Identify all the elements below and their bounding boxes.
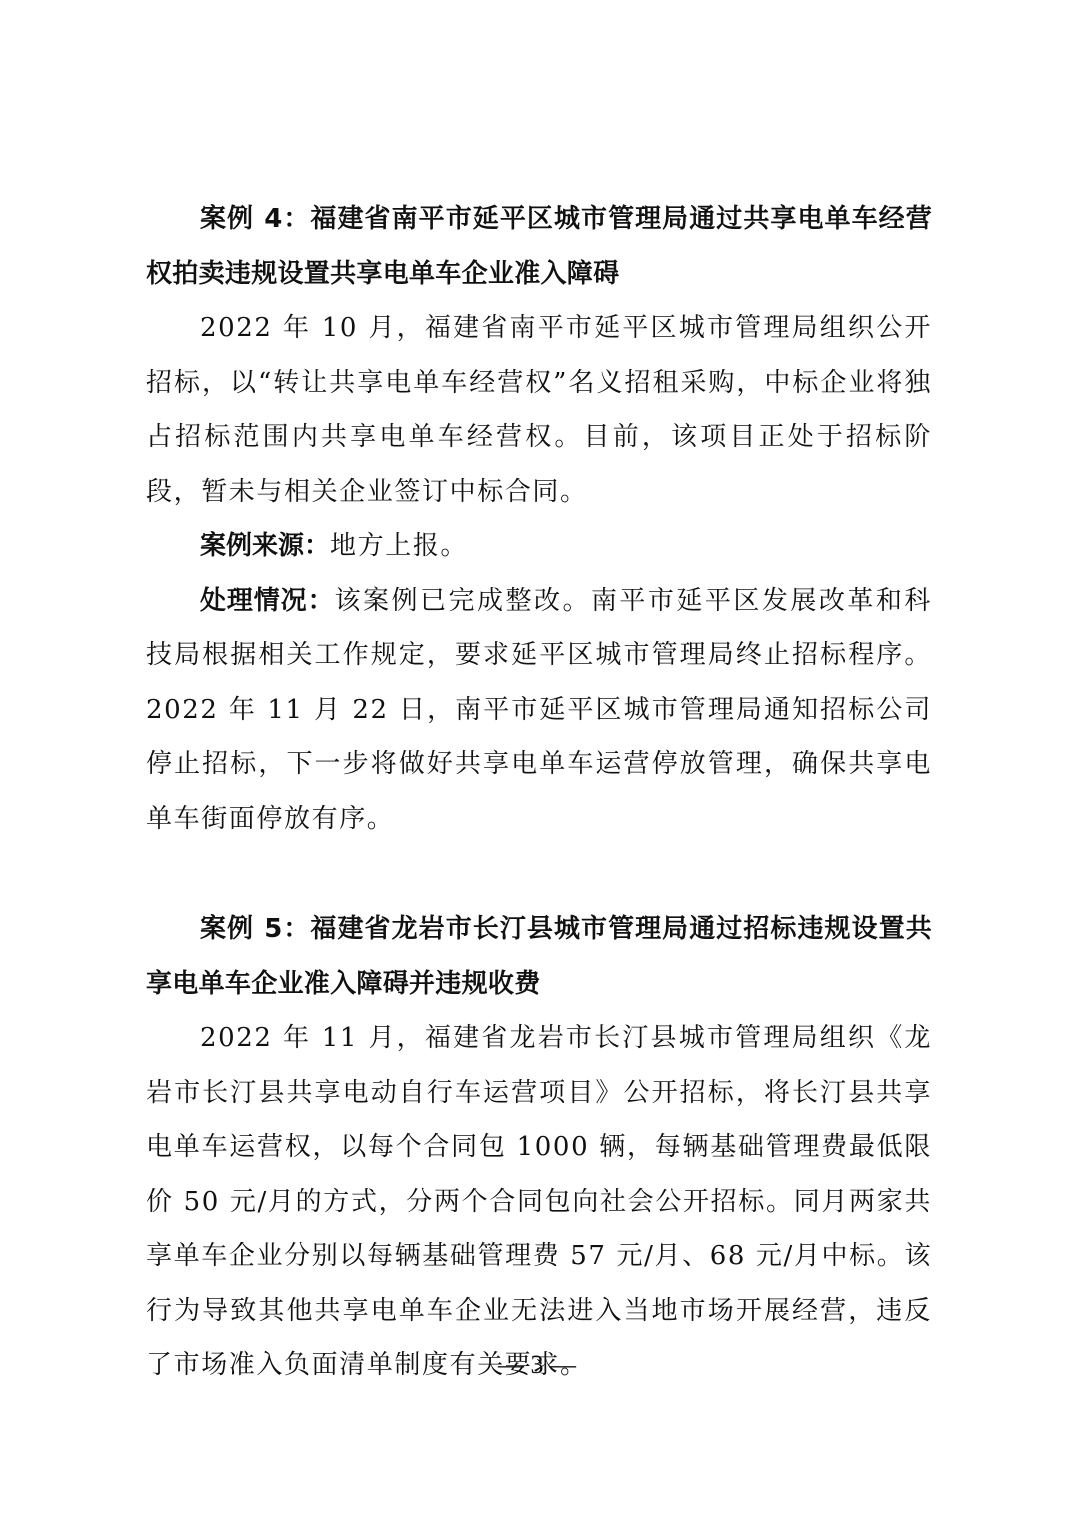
case-4: 案例 4：福建省南平市延平区城市管理局通过共享电单车经营权拍卖违规设置共享电单车…: [146, 192, 932, 846]
case-5-title: 案例 5：福建省龙岩市长汀县城市管理局通过招标违规设置共享电单车企业准入障碍并违…: [146, 902, 932, 1011]
case-4-handling: 处理情况：该案例已完成整改。南平市延平区发展改革和科技局根据相关工作规定，要求延…: [146, 574, 932, 847]
case-5-body: 2022 年 11 月，福建省龙岩市长汀县城市管理局组织《龙岩市长汀县共享电动自…: [146, 1011, 932, 1393]
document-page: 案例 4：福建省南平市延平区城市管理局通过共享电单车经营权拍卖违规设置共享电单车…: [146, 192, 932, 1393]
section-gap: [146, 846, 932, 902]
source-label: 案例来源：: [200, 531, 330, 561]
case-4-title: 案例 4：福建省南平市延平区城市管理局通过共享电单车经营权拍卖违规设置共享电单车…: [146, 192, 932, 301]
page-number: — 3 —: [0, 1350, 1074, 1380]
case-4-body: 2022 年 10 月，福建省南平市延平区城市管理局组织公开招标，以“转让共享电…: [146, 301, 932, 519]
case-5: 案例 5：福建省龙岩市长汀县城市管理局通过招标违规设置共享电单车企业准入障碍并违…: [146, 902, 932, 1393]
handling-text: 该案例已完成整改。南平市延平区发展改革和科技局根据相关工作规定，要求延平区城市管…: [146, 586, 932, 834]
case-4-source: 案例来源：地方上报。: [146, 519, 932, 574]
handling-label: 处理情况：: [200, 586, 334, 616]
source-text: 地方上报。: [330, 531, 468, 561]
